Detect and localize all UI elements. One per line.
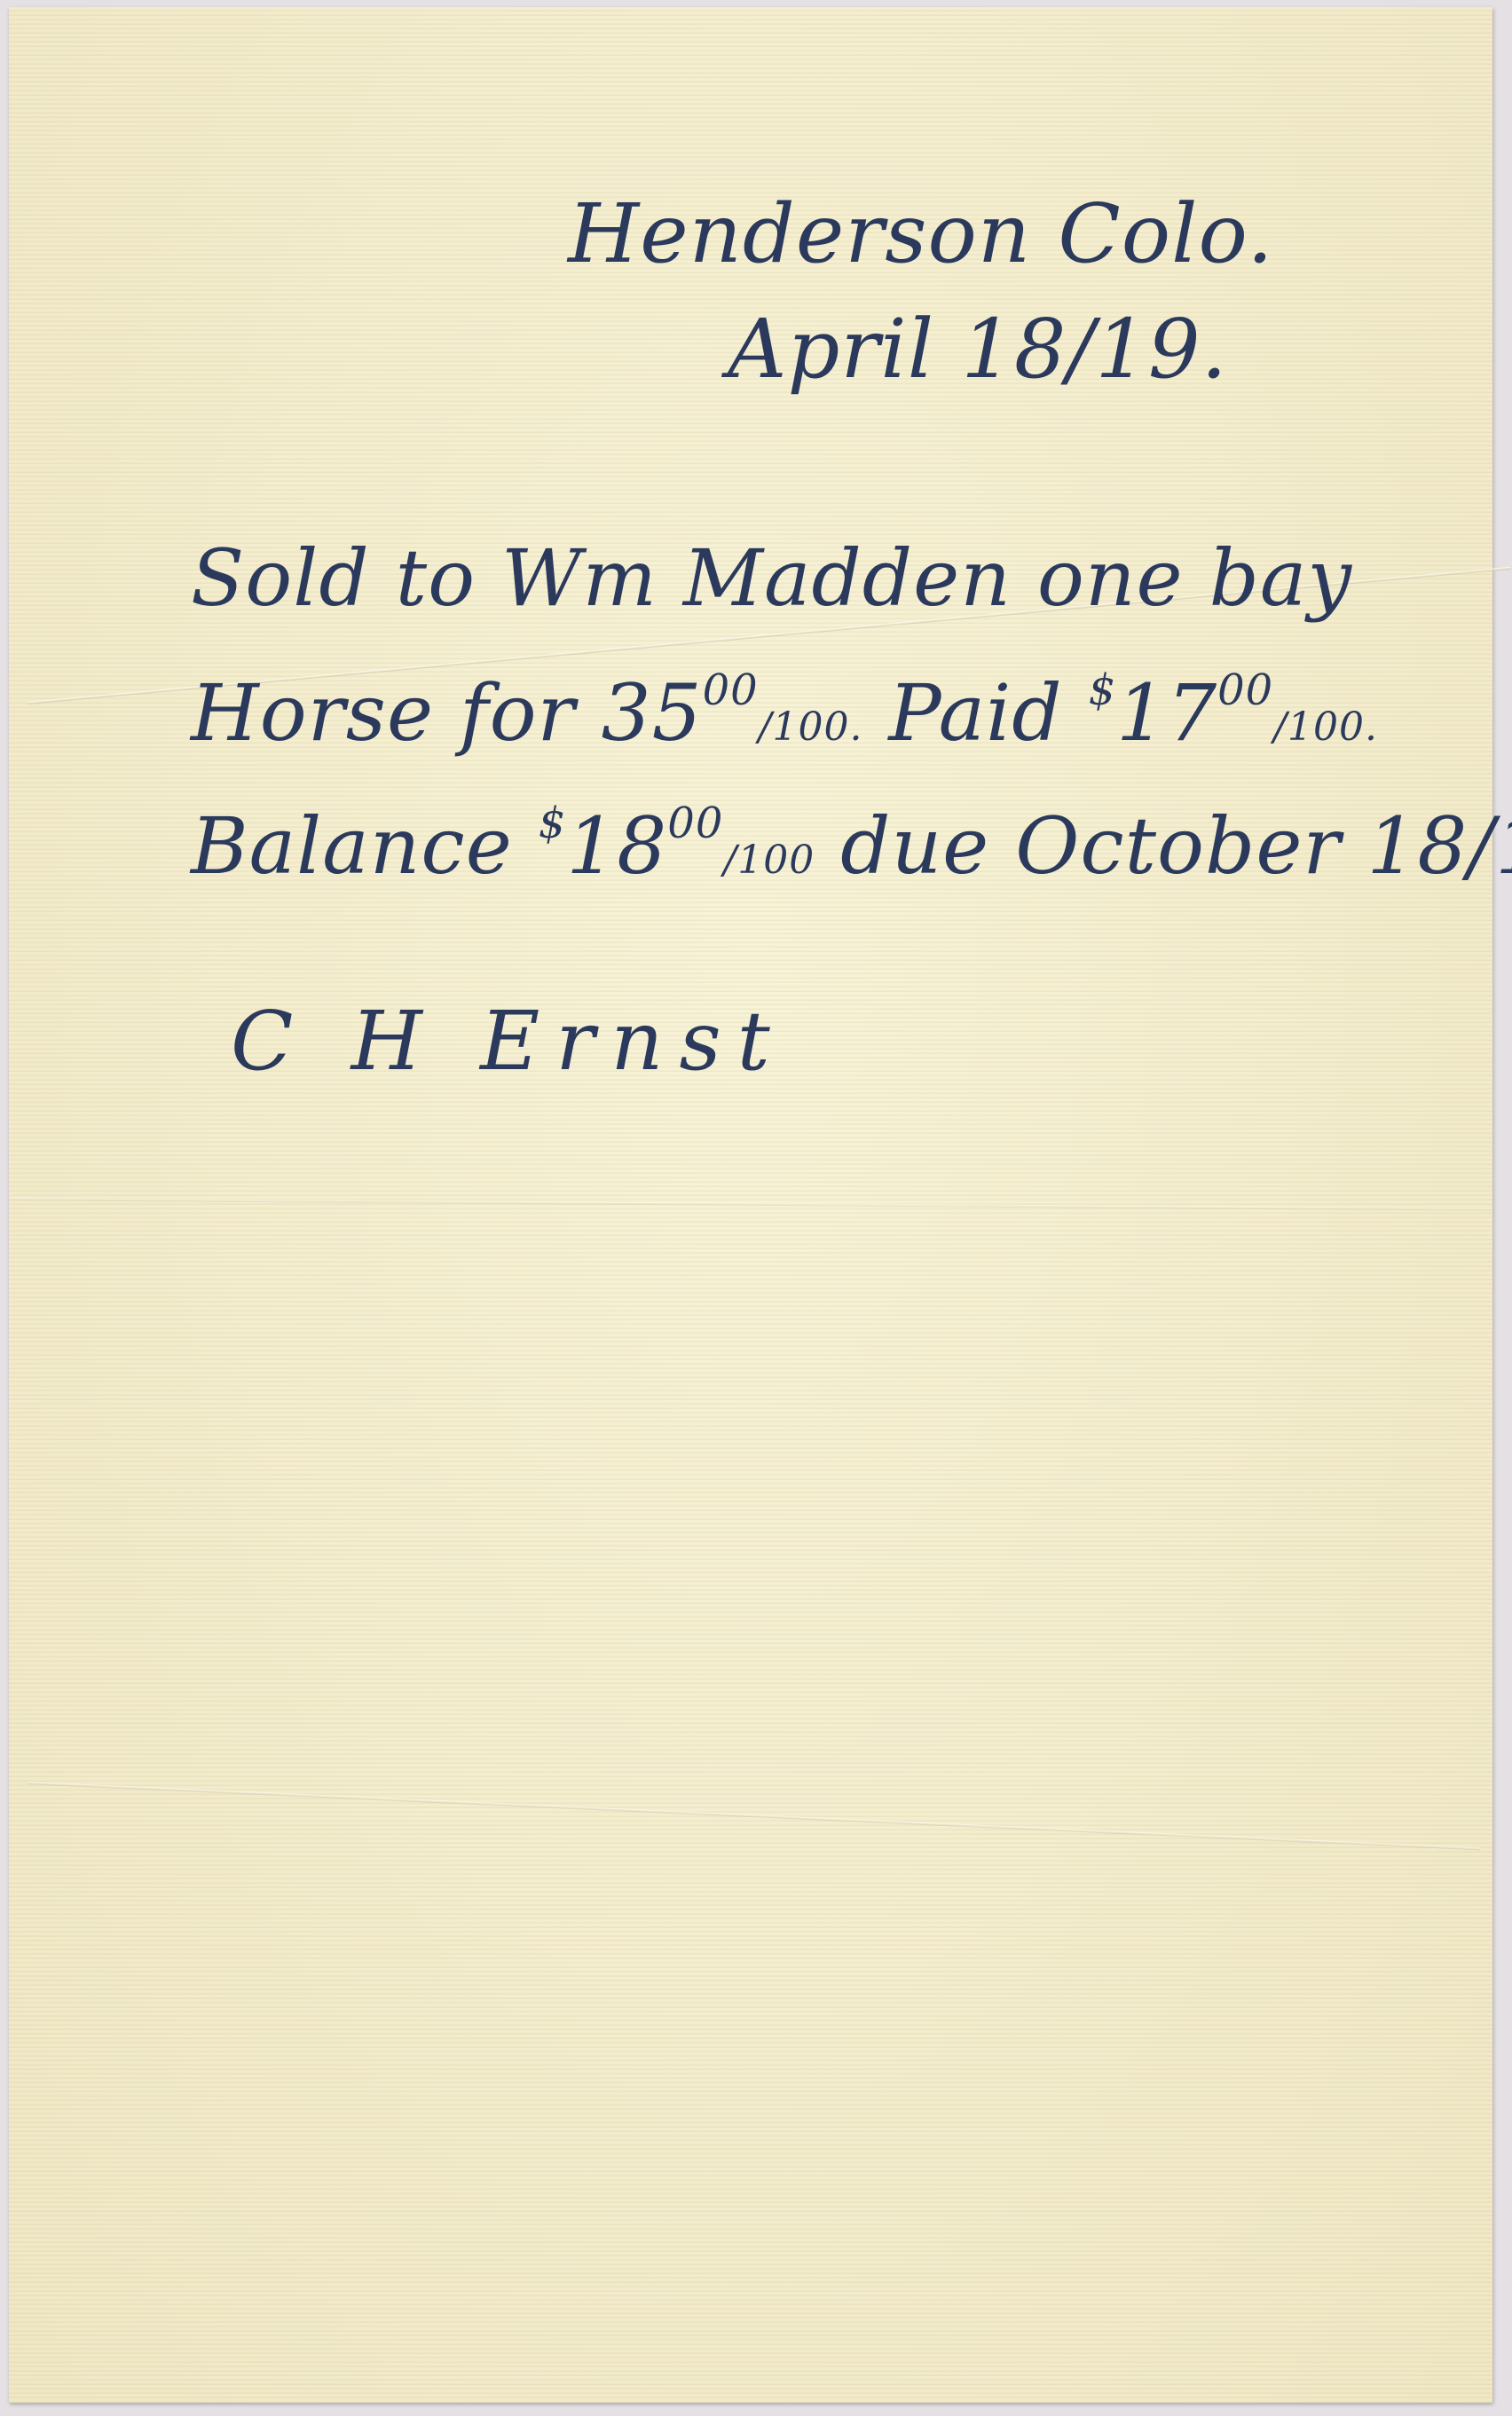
sale-line-1: Sold to Wm Madden one bay: [191, 532, 1352, 624]
balance-cents: 00: [667, 799, 723, 848]
price-text: Horse for 35: [191, 667, 703, 759]
paid-cents: 00: [1217, 665, 1273, 715]
date-heading: April 18/19.: [728, 302, 1228, 397]
balance-amount: 18: [566, 800, 667, 892]
balance-denominator: /100: [723, 838, 815, 883]
paid-amount: 17: [1116, 667, 1217, 759]
balance-label: Balance: [191, 800, 539, 892]
dollar-sign: $: [539, 799, 567, 848]
due-date-text: due October 18/19.: [815, 800, 1512, 892]
sale-line-3: Balance $1800/100 due October 18/19.: [191, 799, 1512, 892]
price-cents: 00: [703, 665, 759, 715]
price-denominator: /100.: [759, 704, 863, 750]
place-heading: Henderson Colo.: [568, 186, 1274, 281]
paid-label: Paid: [862, 667, 1088, 759]
signature: C H Ernst: [231, 994, 786, 1089]
paper-crease: [27, 1782, 1480, 1850]
paid-denominator: /100.: [1273, 704, 1378, 750]
dollar-sign: $: [1089, 665, 1117, 715]
sale-line-2: Horse for 3500/100. Paid $1700/100.: [191, 665, 1378, 759]
paper-fold: [9, 1198, 1492, 1211]
